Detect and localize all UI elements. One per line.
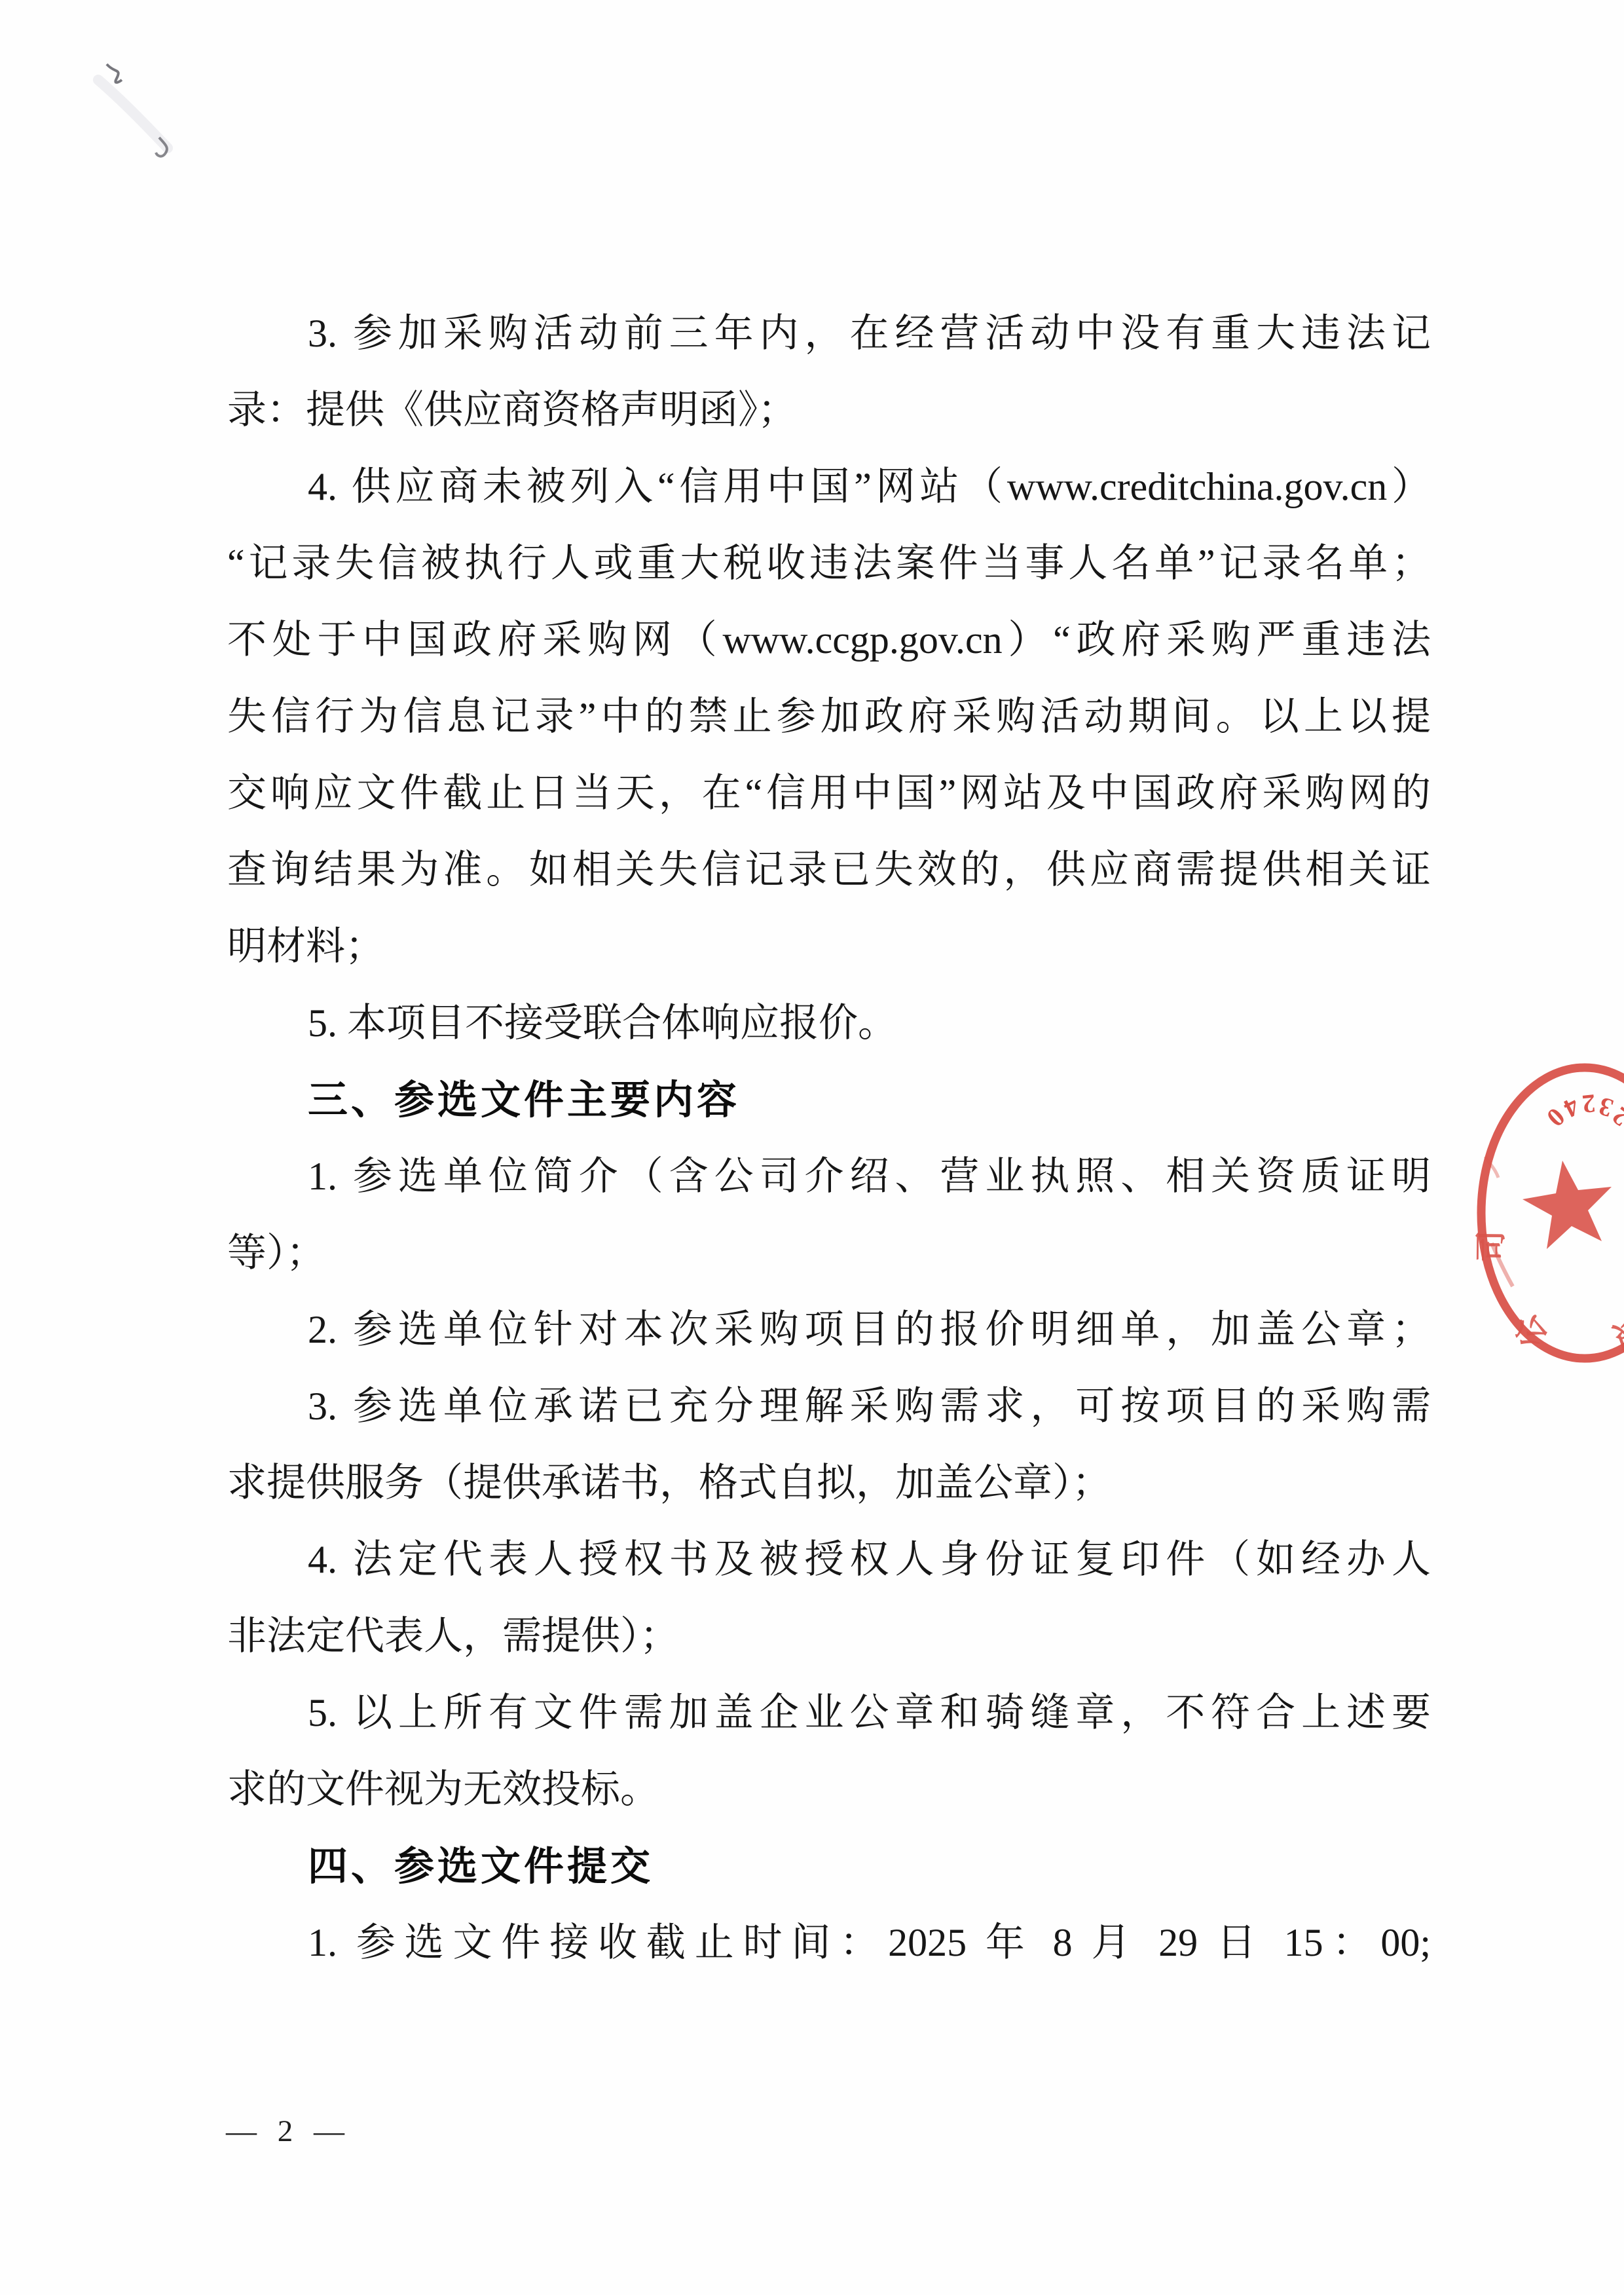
text-line: 5. 本项目不接受联合体响应报价。 [227,985,1431,1062]
seal-serial-text: 023240 [1534,1085,1624,1146]
text-line: 4. 供应商未被列入“信用中国”网站（www.creditchina.gov.c… [227,449,1431,525]
seal-star-icon [1522,1161,1612,1249]
text-line: 等）； [227,1215,1431,1292]
text-line: 失信行为信息记录”中的禁止参加政府采购活动期间。以上以提 [227,679,1431,755]
company-seal-stamp: 023240 有限公司 [1472,1058,1624,1373]
section-heading: 四、参选文件提交 [227,1828,1431,1905]
pencil-tick-icon [107,64,122,83]
text-line: 1. 参选文件接收截止时间：2025 年 8 月 29 日 15：00; [227,1905,1431,1981]
text-line: 3. 参选单位承诺已充分理解采购需求，可按项目的采购需 [227,1368,1431,1445]
text-line: 4. 法定代表人授权书及被授权人身份证复印件（如经办人 [227,1521,1431,1598]
document-body: 3. 参加采购活动前三年内，在经营活动中没有重大违法记录：提供《供应商资格声明函… [227,295,1431,1981]
text-line: 非法定代表人，需提供）； [227,1598,1431,1675]
pencil-mark [0,0,275,210]
text-line: 录：提供《供应商资格声明函》； [227,372,1431,449]
text-line: 5. 以上所有文件需加盖企业公章和骑缝章，不符合上述要 [227,1675,1431,1751]
text-line: 交响应文件截止日当天，在“信用中国”网站及中国政府采购网的 [227,755,1431,832]
page-number: — 2 — [226,2112,351,2151]
text-line: 不处于中国政府采购网（www.ccgp.gov.cn）“政府采购严重违法 [227,602,1431,679]
text-line: 2. 参选单位针对本次采购项目的报价明细单，加盖公章； [227,1292,1431,1368]
text-line: “记录失信被执行人或重大税收违法案件当事人名单”记录名单； [227,525,1431,602]
text-line: 明材料； [227,908,1431,985]
pencil-smudge [98,80,168,148]
text-line: 3. 参加采购活动前三年内，在经营活动中没有重大违法记 [227,295,1431,372]
scanned-document-page: 3. 参加采购活动前三年内，在经营活动中没有重大违法记录：提供《供应商资格声明函… [0,0,1624,2295]
text-line: 求的文件视为无效投标。 [227,1751,1431,1828]
text-line: 1. 参选单位简介（含公司介绍、营业执照、相关资质证明 [227,1138,1431,1215]
section-heading: 三、参选文件主要内容 [227,1062,1431,1138]
text-line: 求提供服务（提供承诺书，格式自拟，加盖公章）； [227,1445,1431,1521]
text-line: 查询结果为准。如相关失信记录已失效的，供应商需提供相关证 [227,832,1431,908]
